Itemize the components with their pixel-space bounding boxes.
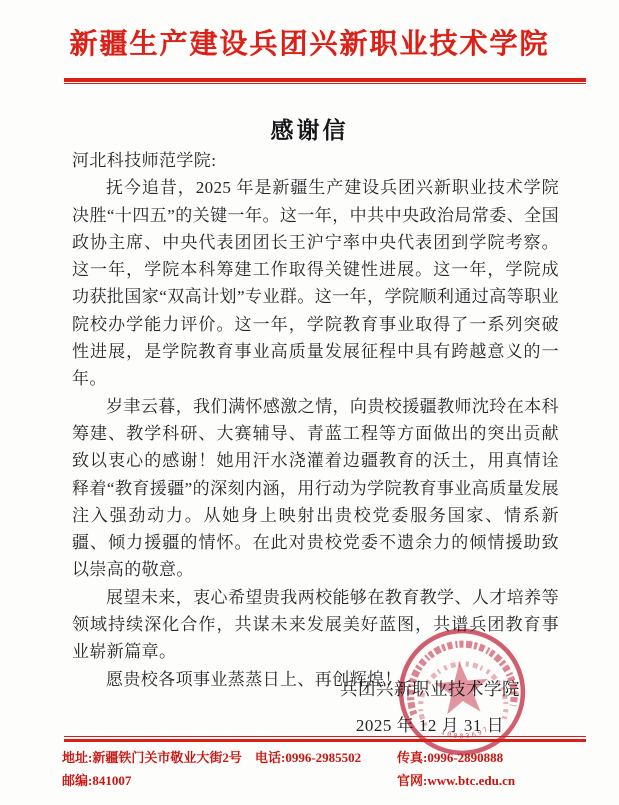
letter-title: 感谢信	[0, 112, 619, 145]
footer-rule	[64, 736, 586, 742]
rule-thin-line	[64, 736, 586, 737]
letterhead-title: 新疆生产建设兵团兴新职业技术学院	[0, 22, 619, 62]
signature-org: 兵团兴新职业技术学院	[330, 676, 530, 701]
footer-postcode: 邮编:841007	[62, 769, 242, 792]
rule-thick-line	[64, 78, 586, 82]
salutation: 河北科技师范学院:	[72, 147, 559, 174]
letter-page: 新疆生产建设兵团兴新职业技术学院 感谢信 河北科技师范学院: 抚今追昔，2025…	[0, 0, 619, 805]
signature-block: 兵团兴新职业技术学院 2025 年 12 月 31 日	[330, 676, 530, 736]
footer-address-block: 地址:新疆铁门关市敬业大街2号 邮编:841007	[62, 746, 242, 792]
footer-phone-block: 电话:0996-2985502	[255, 746, 361, 769]
letter-paragraph: 抚今追昔，2025 年是新疆生产建设兵团兴新职业技术学院决胜“十四五”的关键一年…	[72, 174, 559, 392]
footer-phone: 电话:0996-2985502	[255, 746, 361, 769]
letter-paragraph: 岁聿云暮，我们满怀感激之情，向贵校援疆教师沈玲在本科筹建、教学科研、大赛辅导、青…	[72, 393, 559, 584]
letter-body: 河北科技师范学院: 抚今追昔，2025 年是新疆生产建设兵团兴新职业技术学院决胜…	[72, 147, 559, 693]
footer-website: 官网:www.btc.edu.cn	[397, 769, 515, 792]
footer-contact-bar: 地址:新疆铁门关市敬业大街2号 邮编:841007 电话:0996-298550…	[0, 746, 619, 798]
footer-fax: 传真:0996-2890888	[397, 746, 515, 769]
letter-paragraph: 展望未来，衷心希望贵我两校能够在教育教学、人才培养等领域持续深化合作，共谋未来发…	[72, 584, 559, 666]
footer-address: 地址:新疆铁门关市敬业大街2号	[62, 746, 242, 769]
footer-fax-block: 传真:0996-2890888 官网:www.btc.edu.cn	[397, 746, 515, 792]
rule-thick-line	[64, 739, 586, 743]
signature-date: 2025 年 12 月 31 日	[330, 711, 530, 736]
rule-thin-line	[64, 83, 586, 84]
letterhead-rule	[64, 78, 586, 84]
